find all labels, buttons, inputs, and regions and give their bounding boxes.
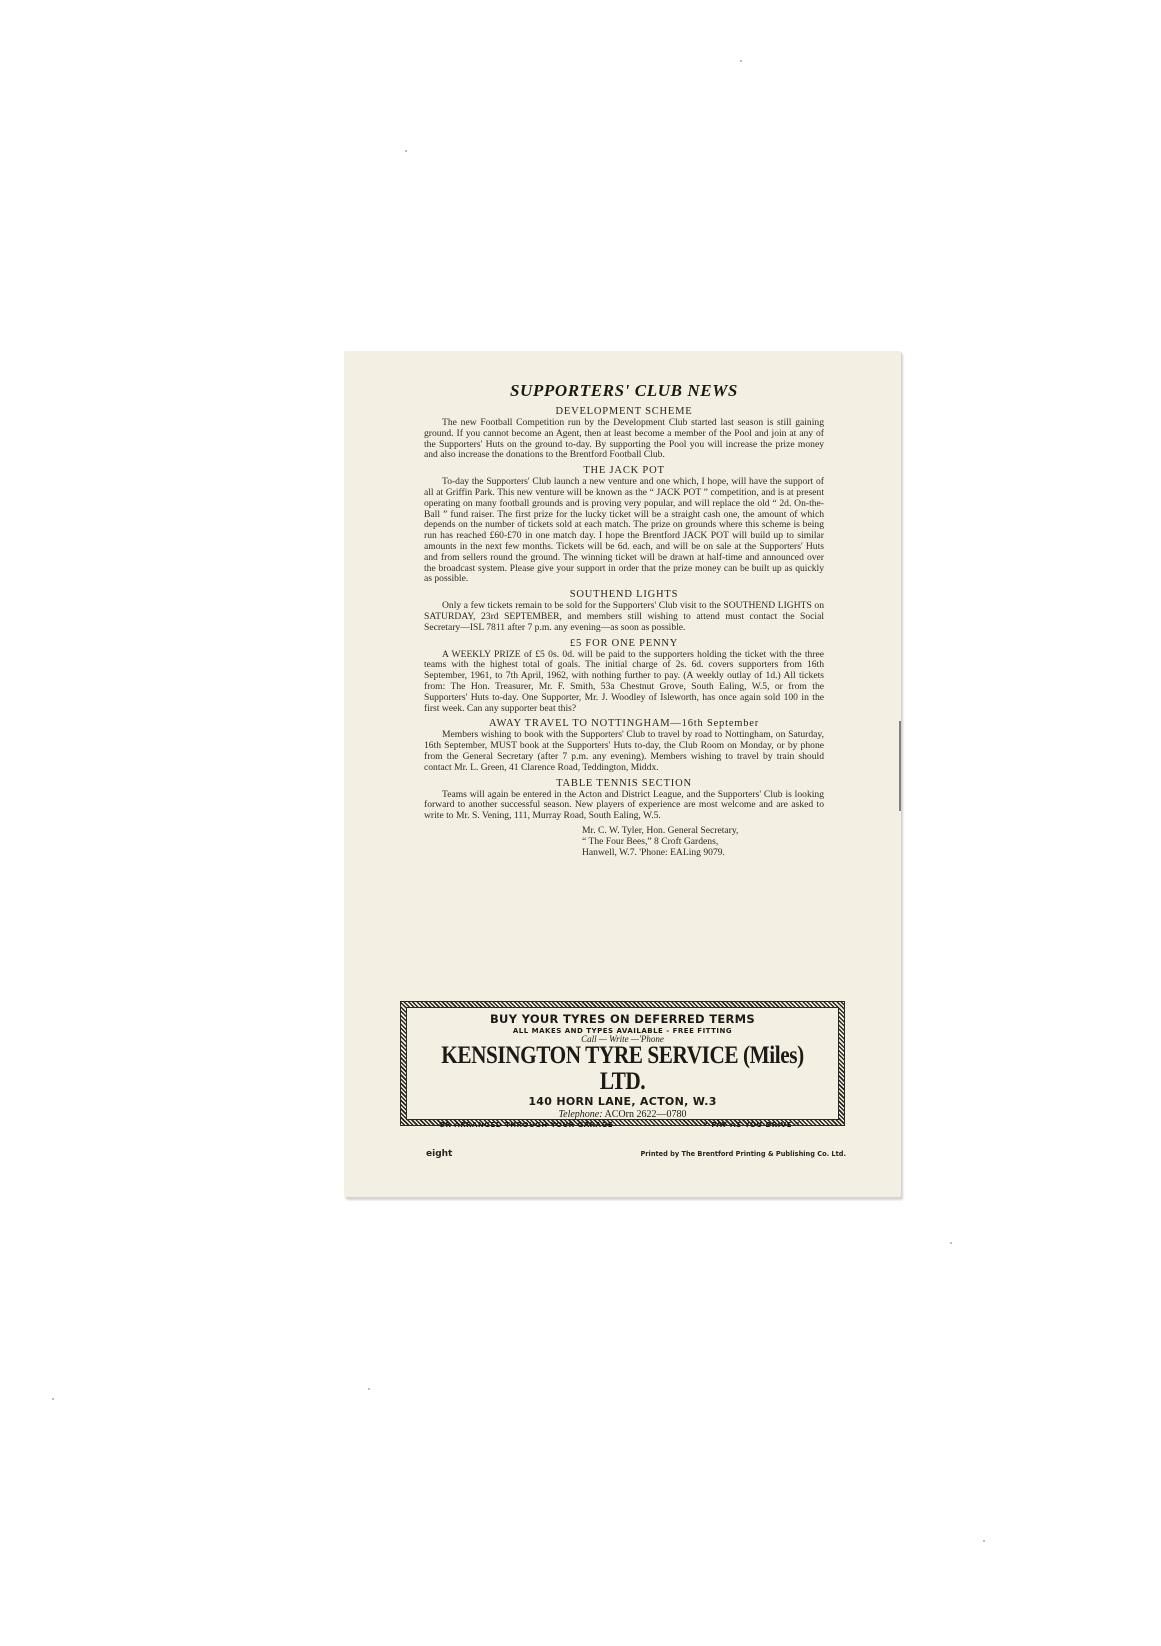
paper-speck [983, 1540, 985, 1542]
section-body: Only a few tickets remain to be sold for… [424, 601, 824, 633]
advert-footer-left: OR ARRANGED THROUGH YOUR GARAGE [439, 1121, 613, 1129]
signature-line: Hanwell, W.7. 'Phone: EALing 9079. [582, 848, 824, 859]
advert-frame: BUY YOUR TYRES ON DEFERRED TERMS ALL MAK… [406, 1007, 839, 1120]
advert-headline: BUY YOUR TYRES ON DEFERRED TERMS [407, 1012, 838, 1026]
advert-phone-value: ACOrn 2622—0780 [605, 1109, 687, 1120]
paper-speck [52, 1398, 54, 1400]
section-body: To-day the Supporters' Club launch a new… [424, 477, 824, 585]
advert-company-name: KENSINGTON TYRE SERVICE (Miles) LTD. [439, 1043, 805, 1095]
section-heading: TABLE TENNIS SECTION [424, 778, 824, 789]
section-heading: THE JACK POT [424, 465, 824, 476]
signature-line: “ The Four Bees,” 8 Croft Gardens, [582, 837, 824, 848]
advert-footer-right: “ PAY AS YOU DRIVE ” [703, 1121, 800, 1129]
section-heading: DEVELOPMENT SCHEME [424, 406, 824, 417]
section-body: Teams will again be entered in the Acton… [424, 790, 824, 822]
page-number: eight [426, 1149, 452, 1159]
printer-credit: Printed by The Brentford Printing & Publ… [640, 1150, 846, 1158]
paper-speck [368, 1388, 370, 1390]
section-heading: £5 FOR ONE PENNY [424, 638, 824, 649]
advert-phone-label: Telephone: [559, 1109, 603, 1120]
advert-address: 140 HORN LANE, ACTON, W.3 [407, 1095, 838, 1108]
paper-speck [740, 60, 742, 62]
section-heading: AWAY TRAVEL TO NOTTINGHAM—16th September [424, 718, 824, 729]
article: SUPPORTERS' CLUB NEWS DEVELOPMENT SCHEME… [424, 381, 824, 858]
programme-page: SUPPORTERS' CLUB NEWS DEVELOPMENT SCHEME… [344, 351, 901, 1197]
section-body: Members wishing to book with the Support… [424, 730, 824, 773]
signature-block: Mr. C. W. Tyler, Hon. General Secretary,… [582, 826, 824, 858]
paper-speck [405, 150, 407, 152]
section-heading: SOUTHEND LIGHTS [424, 589, 824, 600]
page-footer: eight Printed by The Brentford Printing … [426, 1149, 846, 1159]
tyre-advert: BUY YOUR TYRES ON DEFERRED TERMS ALL MAK… [400, 1001, 845, 1126]
section-body: A WEEKLY PRIZE of £5 0s. 0d. will be pai… [424, 650, 824, 715]
section-body: The new Football Competition run by the … [424, 418, 824, 461]
paper-speck [950, 1242, 952, 1244]
page-title: SUPPORTERS' CLUB NEWS [424, 381, 824, 401]
advert-phone: Telephone: ACOrn 2622—0780 [407, 1109, 838, 1120]
advert-footer: OR ARRANGED THROUGH YOUR GARAGE “ PAY AS… [407, 1121, 838, 1129]
